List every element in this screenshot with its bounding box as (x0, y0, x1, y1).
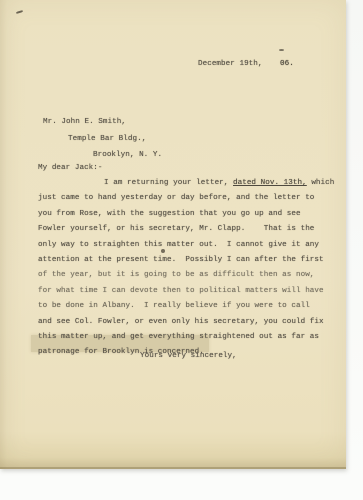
scanned-letter-page: December 19th, 06. Mr. John E. Smith, Te… (0, 0, 363, 500)
body-line: just came to hand yesterday or day befor… (38, 191, 338, 206)
body-line: and see Col. Fowler, or even only his se… (38, 315, 338, 330)
recipient-building: Temple Bar Bldg., (68, 135, 146, 143)
body-line: to be done in Albany. I really believe i… (38, 299, 338, 314)
recipient-city: Brooklyn, N. Y. (93, 151, 162, 159)
letter-paper: December 19th, 06. Mr. John E. Smith, Te… (0, 0, 346, 469)
underlined-date-reference: dated Nov. 13th, (233, 179, 307, 187)
ink-speck (16, 10, 23, 14)
date-line: December 19th, (198, 60, 263, 68)
body-line: only way to straighten this matter out. … (38, 238, 338, 253)
body-line-text: I am returning your letter, (104, 179, 233, 187)
date-year: 06. (280, 60, 294, 68)
body-line-text: which (307, 179, 335, 187)
body-line: for what time I can devote then to polit… (38, 284, 338, 299)
recipient-name: Mr. John E. Smith, (43, 118, 126, 126)
ink-speck (279, 49, 284, 51)
body-line: Fowler yourself, or his secretary, Mr. C… (38, 222, 338, 237)
body-line: attention at the present time. Possibly … (38, 253, 338, 268)
body-line: you from Rose, with the suggestion that … (38, 207, 338, 222)
letter-body: I am returning your letter, dated Nov. 1… (38, 176, 338, 361)
body-line: of the year, but it is going to be as di… (38, 268, 338, 283)
body-line: I am returning your letter, dated Nov. 1… (38, 176, 338, 191)
closing-signature-line: Yours very sincerely, (140, 352, 237, 360)
paper-bottom-edge (0, 467, 346, 469)
salutation: My dear Jack:- (38, 164, 103, 172)
body-line: this matter up, and get everything strai… (38, 330, 338, 345)
